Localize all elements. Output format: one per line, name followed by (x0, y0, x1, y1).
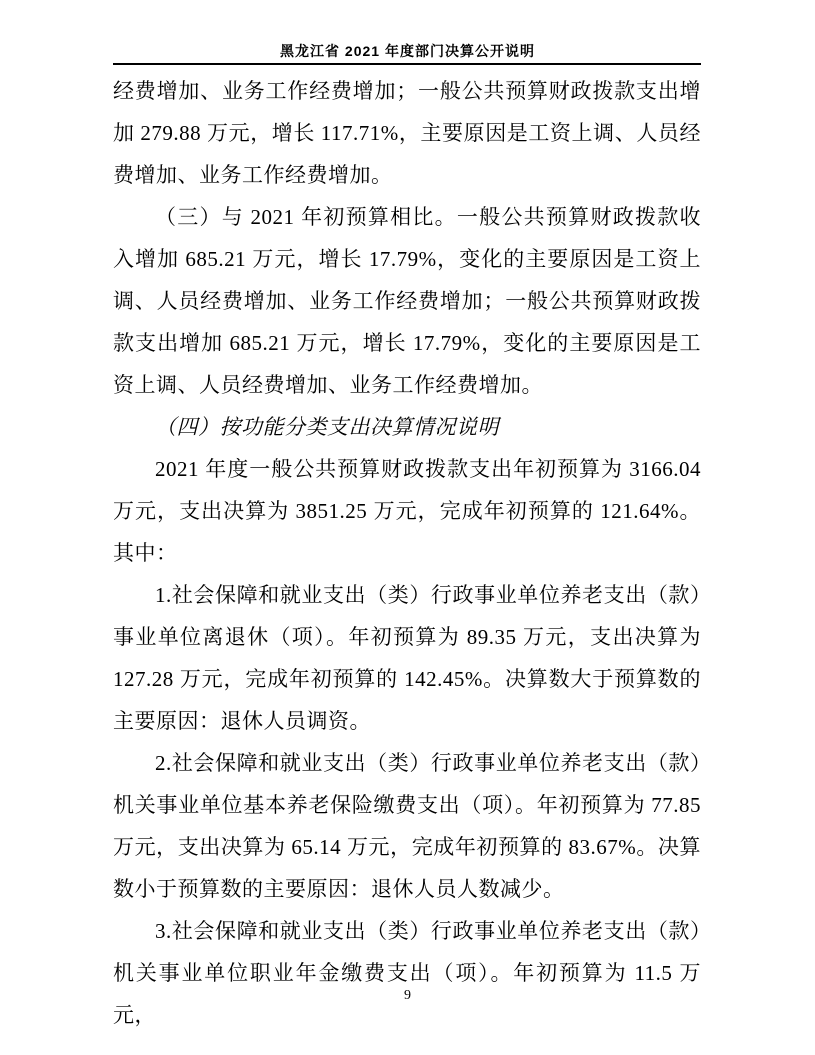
header-rule (113, 63, 701, 65)
document-body: 经费增加、业务工作经费增加；一般公共预算财政拨款支出增加 279.88 万元，增… (113, 70, 701, 1036)
page-header-title: 黑龙江省 2021 年度部门决算公开说明 (0, 41, 815, 61)
document-page: 黑龙江省 2021 年度部门决算公开说明 经费增加、业务工作经费增加；一般公共预… (0, 0, 815, 1055)
paragraph: 1.社会保障和就业支出（类）行政事业单位养老支出（款）事业单位离退休（项）。年初… (113, 574, 701, 742)
paragraph: 3.社会保障和就业支出（类）行政事业单位养老支出（款）机关事业单位职业年金缴费支… (113, 910, 701, 1036)
page-number: 9 (0, 988, 815, 1004)
paragraph: 2021 年度一般公共预算财政拨款支出年初预算为 3166.04 万元，支出决算… (113, 448, 701, 574)
paragraph: 2.社会保障和就业支出（类）行政事业单位养老支出（款）机关事业单位基本养老保险缴… (113, 742, 701, 910)
paragraph: （三）与 2021 年初预算相比。一般公共预算财政拨款收入增加 685.21 万… (113, 196, 701, 406)
paragraph: （四）按功能分类支出决算情况说明 (113, 406, 701, 448)
paragraph: 经费增加、业务工作经费增加；一般公共预算财政拨款支出增加 279.88 万元，增… (113, 70, 701, 196)
